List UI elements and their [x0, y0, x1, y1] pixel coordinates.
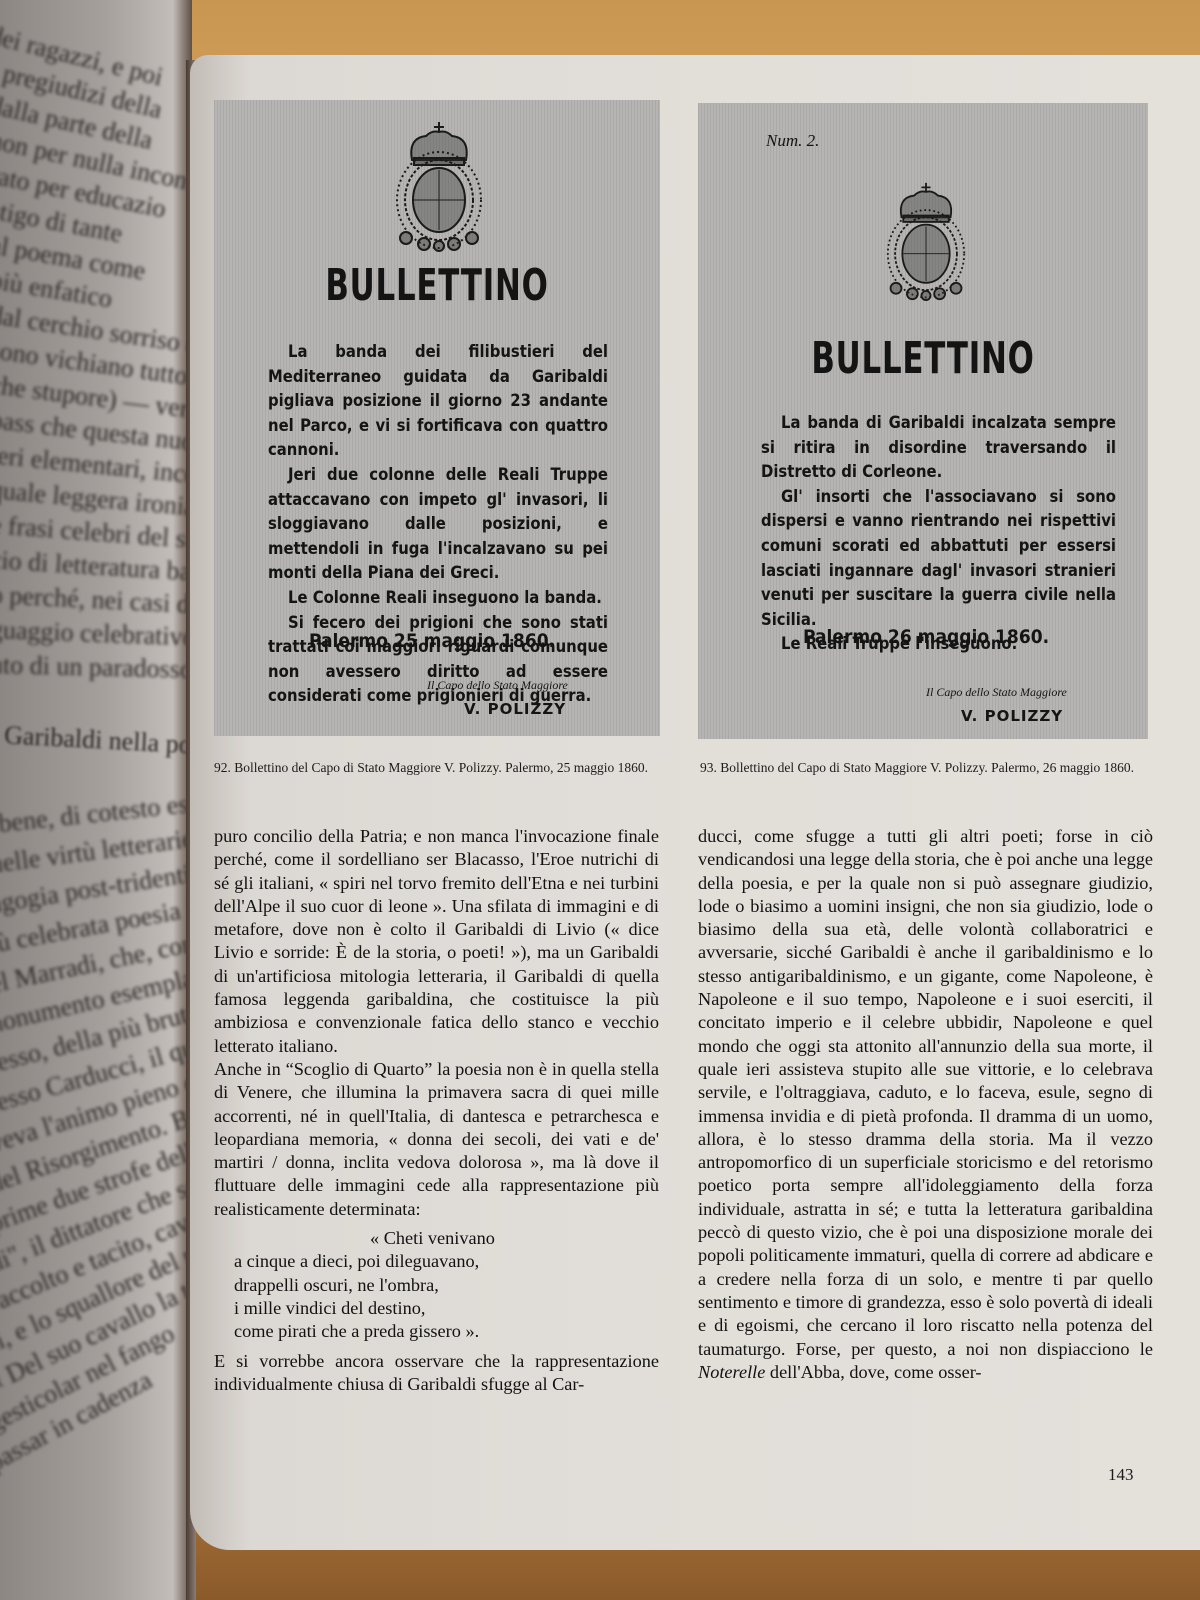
bulletin-paragraph: Jeri due colonne delle Reali Truppe atta…: [268, 463, 608, 586]
bulletin-body: La banda di Garibaldi incalzata sempre s…: [761, 411, 1116, 657]
left-page-section-heading: Garibaldi nella poesia del Carducci: [3, 720, 192, 769]
body-paragraph: E si vorrebbe ancora osservare che la ra…: [214, 1350, 659, 1397]
body-column-left: puro concilio della Patria; e non manca …: [214, 825, 659, 1396]
poem-line: come pirati che a preda gissero ».: [234, 1321, 479, 1341]
bulletin-paragraph: Le Colonne Reali inseguono la banda.: [268, 586, 608, 611]
right-page: BULLETTINO La banda dei filibustieri del…: [190, 55, 1200, 1550]
poem-quote: « Cheti venivano a cinque a dieci, poi d…: [234, 1227, 659, 1343]
bulletin-date: Palermo 26 maggio 1860.: [803, 626, 1049, 648]
signature-name: V. POLIZZY: [961, 707, 1063, 725]
poem-line: « Cheti venivano: [234, 1228, 495, 1248]
body-text: dell'Abba, dove, come osser-: [765, 1362, 981, 1382]
bulletin-paragraph: La banda dei filibustieri del Mediterran…: [268, 340, 608, 463]
figure-92-caption: 92. Bollettino del Capo di Stato Maggior…: [214, 760, 674, 776]
figure-92-bulletin-plate: BULLETTINO La banda dei filibustieri del…: [214, 100, 660, 736]
left-page-fragment: nto di un paradosso polemico.: [0, 650, 192, 688]
bulletin-paragraph: La banda di Garibaldi incalzata sempre s…: [761, 411, 1116, 485]
body-paragraph: ducci, come sfugge a tutti gli altri poe…: [698, 825, 1153, 1384]
poem-line: i mille vindici del destino,: [234, 1298, 425, 1318]
body-paragraph: puro concilio della Patria; e non manca …: [214, 825, 659, 1058]
bulletin-date: Palermo 25 maggio 1860.: [309, 630, 555, 652]
bulletin-title: BULLETTINO: [263, 260, 611, 311]
poem-line: a cinque a dieci, poi dileguavano,: [234, 1251, 479, 1271]
royal-crest-icon: [384, 120, 494, 252]
poem-line: drappelli oscuri, ne l'ombra,: [234, 1275, 439, 1295]
body-paragraph: Anche in “Scoglio di Quarto” la poesia n…: [214, 1058, 659, 1221]
signature-title: Il Capo dello Stato Maggiore: [427, 678, 568, 693]
left-page-blurred: dei ragazzi, e poii pregiudizi delladall…: [0, 0, 192, 1600]
book-title-italic: Noterelle: [698, 1362, 765, 1382]
figure-93-caption: 93. Bollettino del Capo di Stato Maggior…: [700, 760, 1160, 776]
figure-93-bulletin-plate: Num. 2. BULLETTINO La banda di Garibaldi…: [698, 103, 1148, 739]
signature-title: Il Capo dello Stato Maggiore: [926, 685, 1067, 700]
royal-crest-icon: [876, 175, 976, 307]
bulletin-paragraph: Gl' insorti che l'associavano si sono di…: [761, 485, 1116, 633]
body-text: ducci, come sfugge a tutti gli altri poe…: [698, 826, 1153, 1359]
bulletin-title: BULLETTINO: [748, 333, 1099, 384]
page-number: 143: [1108, 1465, 1134, 1485]
bulletin-number: Num. 2.: [766, 131, 819, 151]
bulletin-body: La banda dei filibustieri del Mediterran…: [268, 340, 608, 709]
body-column-right: ducci, come sfugge a tutti gli altri poe…: [698, 825, 1153, 1384]
bulletin-paragraph: Si fecero dei prigioni che sono stati tr…: [268, 611, 608, 709]
signature-name: V. POLIZZY: [464, 700, 566, 718]
